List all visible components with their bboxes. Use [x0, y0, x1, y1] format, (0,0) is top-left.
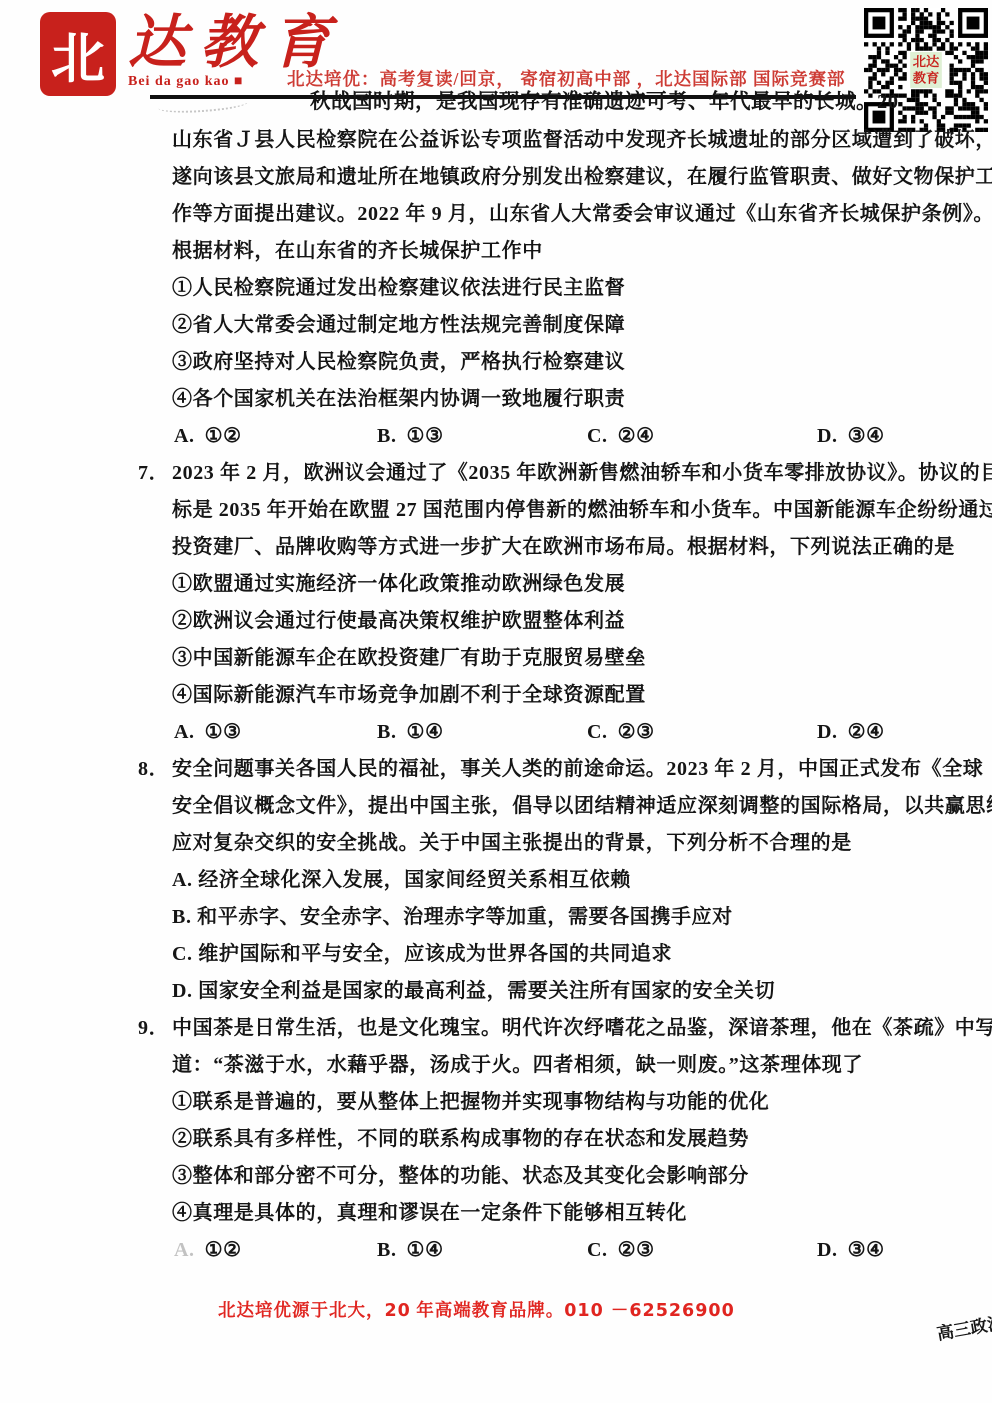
intro-partial-line: 秋战国时期，是我国现存有准确遗迹可考、年代最早的长城。20 [310, 84, 870, 114]
answer-pair: ①③ [407, 425, 444, 447]
question-block: 7．2023 年 2 月，欧洲议会通过了《2035 年欧洲新售燃油轿车和小货车零… [172, 455, 960, 751]
answer-pair: ②④ [618, 425, 655, 447]
answer-pair: ②③ [618, 1239, 655, 1261]
answer-row: A.①②B.①③C.②④D.③④ [172, 418, 960, 455]
answer-label: A. [174, 721, 195, 743]
answer-label: C. [587, 1239, 608, 1261]
answer-pair: ①② [205, 1239, 242, 1261]
answer-label: C. [587, 425, 608, 447]
option-statement: ④国际新能源汽车市场竞争加剧不利于全球资源配置 [172, 677, 960, 714]
question-block: 9．中国茶是日常生活，也是文化瑰宝。明代许次纾嗜花之品鉴，深谙茶理，他在《茶疏》… [172, 1010, 960, 1269]
answer-label: D. [817, 425, 838, 447]
stem-line: 安全问题事关各国人民的福祉，事关人类的前途命运。2023 年 2 月，中国正式发… [172, 751, 960, 788]
answer-pair: ③④ [848, 425, 885, 447]
stem-line: 山东省Ｊ县人民检察院在公益诉讼专项监督活动中发现齐长城遗址的部分区域遭到了破坏， [172, 122, 960, 159]
answer-label: B. [377, 425, 397, 447]
qr-center-label: 北达 [913, 53, 940, 69]
qr-code-icon: 北达教育 [864, 8, 988, 132]
lettered-option: D. 国家安全利益是国家的最高利益，需要关注所有国家的安全关切 [172, 973, 960, 1010]
answer-label: D. [817, 1239, 838, 1261]
answer-pair: ①③ [205, 721, 242, 743]
answer-choice: B.①④ [377, 714, 444, 751]
brand-name: 达教育 [128, 14, 344, 72]
answer-label: B. [377, 1239, 397, 1261]
answer-choice: A.①② [174, 418, 242, 455]
answer-choice: D.③④ [817, 1232, 885, 1269]
stem-line: 投资建厂、品牌收购等方式进一步扩大在欧洲市场布局。根据材料，下列说法正确的是 [172, 529, 960, 566]
answer-choice: C.②③ [587, 1232, 655, 1269]
subject-side-label: 高三政治 [935, 1304, 992, 1344]
option-statement: ①联系是普遍的，要从整体上把握物并实现事物结构与功能的优化 [172, 1084, 960, 1121]
option-statement: ③中国新能源车企在欧投资建厂有助于克服贸易壁垒 [172, 640, 960, 677]
option-statement: ③政府坚持对人民检察院负责，严格执行检察建议 [172, 344, 960, 381]
answer-pair: ③④ [848, 1239, 885, 1261]
answer-pair: ①④ [407, 721, 444, 743]
lettered-option: A. 经济全球化深入发展，国家间经贸关系相互依赖 [172, 862, 960, 899]
footer-phone: 010 －62526900 [564, 1301, 735, 1321]
answer-label: A. [174, 425, 195, 447]
answer-choice: B.①③ [377, 418, 444, 455]
lettered-option: B. 和平赤字、安全赤字、治理赤字等加重，需要各国携手应对 [172, 899, 960, 936]
question-block: 8．安全问题事关各国人民的福祉，事关人类的前途命运。2023 年 2 月，中国正… [172, 751, 960, 1010]
option-statement: ①欧盟通过实施经济一体化政策推动欧洲绿色发展 [172, 566, 960, 603]
stem-line: 根据材料，在山东省的齐长城保护工作中 [172, 233, 960, 270]
answer-row: A.①③B.①④C.②③D.②④ [172, 714, 960, 751]
footer-slogan: 北达培优源于北大，20 年高端教育品牌。010 －62526900 [218, 1297, 735, 1322]
stem-line: 应对复杂交织的安全挑战。关于中国主张提出的背景，下列分析不合理的是 [172, 825, 960, 862]
option-statement: ②省人大常委会通过制定地方性法规完善制度保障 [172, 307, 960, 344]
lettered-option: C. 维护国际和平与安全，应该成为世界各国的共同追求 [172, 936, 960, 973]
answer-choice: B.①④ [377, 1232, 444, 1269]
stem-line: 遂向该县文旅局和遗址所在地镇政府分别发出检察建议，在履行监管职责、做好文物保护工 [172, 159, 960, 196]
option-statement: ②欧洲议会通过行使最高决策权维护欧盟整体利益 [172, 603, 960, 640]
question-block: 山东省Ｊ县人民检察院在公益诉讼专项监督活动中发现齐长城遗址的部分区域遭到了破坏，… [172, 122, 960, 455]
answer-choice: A.①③ [174, 714, 242, 751]
stem-line: 标是 2035 年开始在欧盟 27 国范围内停售新的燃油轿车和小货车。中国新能源… [172, 492, 960, 529]
option-statement: ②联系具有多样性，不同的联系构成事物的存在状态和发展趋势 [172, 1121, 960, 1158]
answer-pair: ②③ [618, 721, 655, 743]
answer-row: A.①②B.①④C.②③D.③④ [172, 1232, 960, 1269]
question-number: 8． [138, 751, 169, 788]
answer-choice: C.②④ [587, 418, 655, 455]
stem-line: 中国茶是日常生活，也是文化瑰宝。明代许次纾嗜花之品鉴，深谙茶理，他在《茶疏》中写 [172, 1010, 960, 1047]
qr-center-label: 教育 [913, 69, 940, 85]
answer-choice: C.②③ [587, 714, 655, 751]
footer-text-2: 年高端教育品牌。 [411, 1300, 564, 1320]
answer-label: C. [587, 721, 608, 743]
questions: 山东省Ｊ县人民检察院在公益诉讼专项监督活动中发现齐长城遗址的部分区域遭到了破坏，… [172, 122, 960, 1269]
option-statement: ④各个国家机关在法治框架内协调一致地履行职责 [172, 381, 960, 418]
seal-logo-icon: 北 [42, 14, 114, 94]
answer-choice: D.②④ [817, 714, 885, 751]
option-statement: ①人民检察院通过发出检察建议依法进行民主监督 [172, 270, 960, 307]
answer-label: B. [377, 721, 397, 743]
stem-line: 2023 年 2 月，欧洲议会通过了《2035 年欧洲新售燃油轿车和小货车零排放… [172, 455, 960, 492]
footer-years: 20 [385, 1301, 411, 1321]
stem-line: 道：“茶滋于水，水藉乎器，汤成于火。四者相须，缺一则废。”这茶理体现了 [172, 1047, 960, 1084]
answer-choice: A.①② [174, 1232, 242, 1269]
answer-choice: D.③④ [817, 418, 885, 455]
answer-pair: ①④ [407, 1239, 444, 1261]
footer-text-1: 北达培优源于北大， [218, 1300, 385, 1320]
stem-line: 安全倡议概念文件》，提出中国主张，倡导以团结精神适应深刻调整的国际格局，以共赢思… [172, 788, 960, 825]
answer-pair: ①② [205, 425, 242, 447]
question-number: 7． [138, 455, 169, 492]
option-statement: ③整体和部分密不可分，整体的功能、状态及其变化会影响部分 [172, 1158, 960, 1195]
option-statement: ④真理是具体的，真理和谬误在一定条件下能够相互转化 [172, 1195, 960, 1232]
question-number: 9． [138, 1010, 169, 1047]
answer-pair: ②④ [848, 721, 885, 743]
exam-page: 北 达教育 Bei da gao kao ■ 北达培优：高考复读/回京， 寄宿初… [0, 0, 992, 1403]
stem-line: 作等方面提出建议。2022 年 9 月，山东省人大常委会审议通过《山东省齐长城保… [172, 196, 960, 233]
answer-label: A. [174, 1239, 195, 1261]
answer-label: D. [817, 721, 838, 743]
